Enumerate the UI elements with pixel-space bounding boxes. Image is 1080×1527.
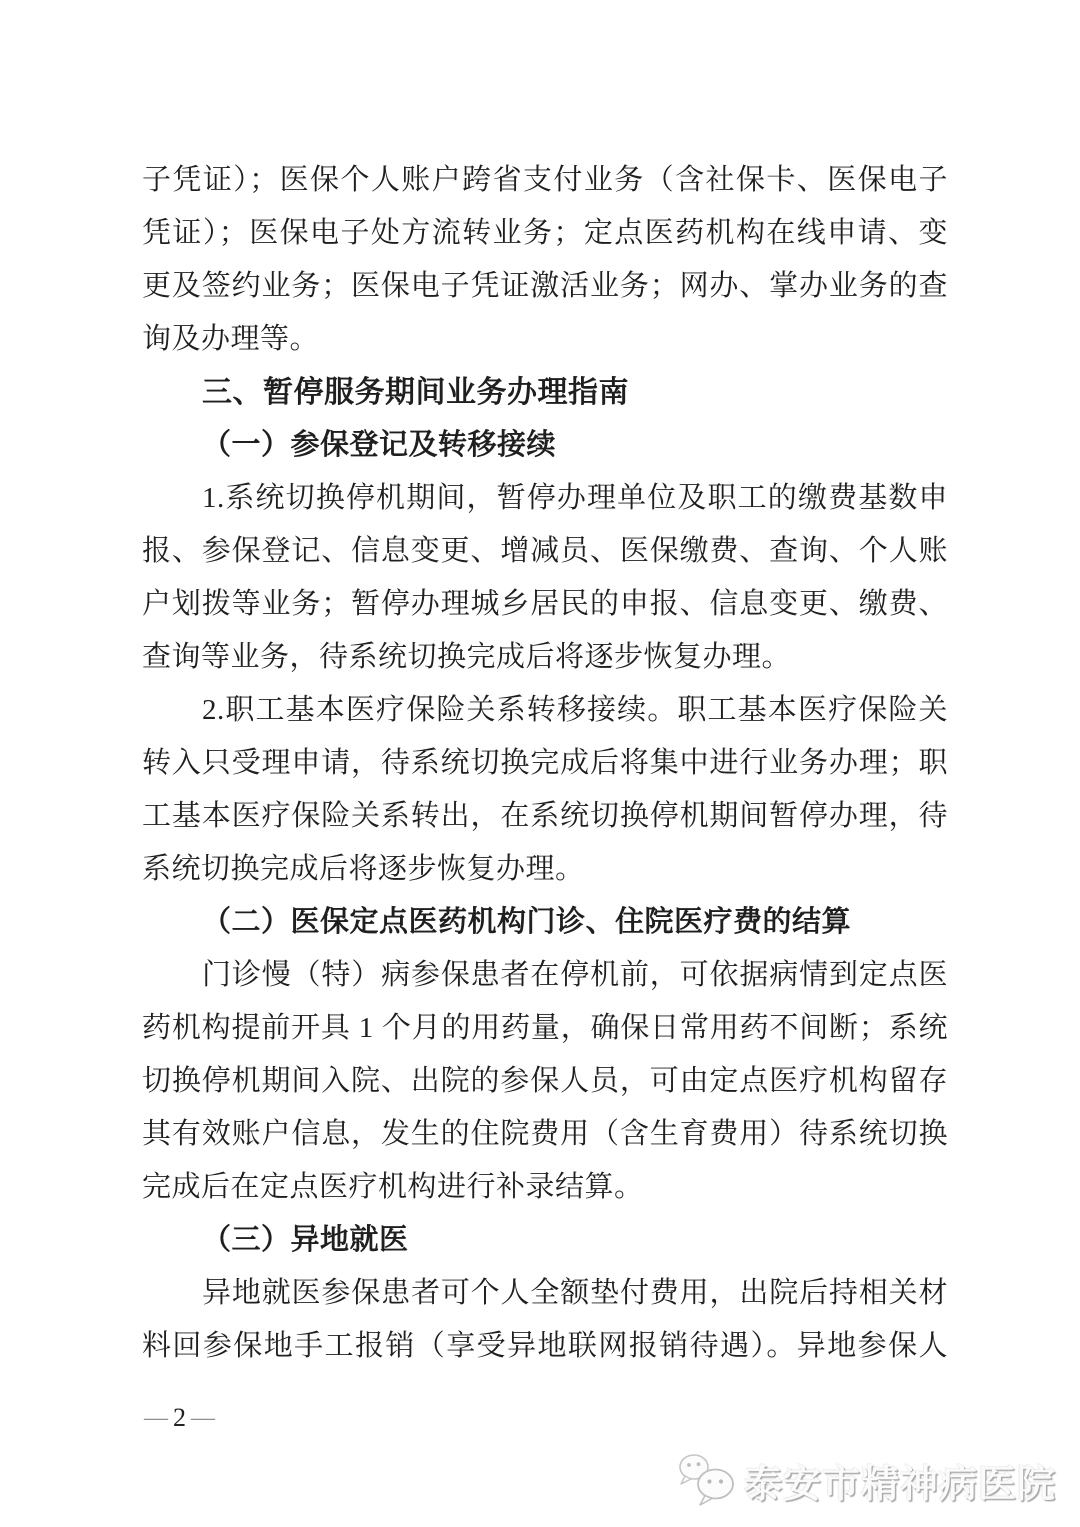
- text-line: 1.系统切换停机期间，暂停办理单位及职工的缴费基数申: [142, 472, 948, 525]
- text-line: 子凭证）；医保个人账户跨省支付业务（含社保卡、医保电子: [142, 154, 948, 207]
- text-line: 更及签约业务；医保电子凭证激活业务；网办、掌办业务的查: [142, 260, 948, 313]
- text-line: 其有效账户信息，发生的住院费用（含生育费用）待系统切换: [142, 1108, 948, 1161]
- text-line: 切换停机期间入院、出院的参保人员，可由定点医疗机构留存: [142, 1055, 948, 1108]
- subsection-heading: （二）医保定点医药机构门诊、住院医疗费的结算: [142, 896, 948, 949]
- text-line: 转入只受理申请，待系统切换完成后将集中进行业务办理；职: [142, 737, 948, 790]
- text-line: 户划拨等业务；暂停办理城乡居民的申报、信息变更、缴费、: [142, 578, 948, 631]
- document-body: 子凭证）；医保个人账户跨省支付业务（含社保卡、医保电子凭证）；医保电子处方流转业…: [142, 154, 948, 1373]
- subsection-heading: （一）参保登记及转移接续: [142, 419, 948, 472]
- text-line: 询及办理等。: [142, 313, 948, 366]
- wechat-icon: [677, 1451, 737, 1509]
- page-number-dash-right: —: [191, 1405, 215, 1432]
- text-line: 料回参保地手工报销（享受异地联网报销待遇）。异地参保人: [142, 1320, 948, 1373]
- text-line: 报、参保登记、信息变更、增减员、医保缴费、查询、个人账: [142, 525, 948, 578]
- text-line: 2.职工基本医疗保险关系转移接续。职工基本医疗保险关系: [142, 684, 948, 737]
- text-line: 查询等业务，待系统切换完成后将逐步恢复办理。: [142, 631, 948, 684]
- section-heading: 三、暂停服务期间业务办理指南: [142, 366, 948, 419]
- text-line: 系统切换完成后将逐步恢复办理。: [142, 843, 948, 896]
- text-line: 门诊慢（特）病参保患者在停机前，可依据病情到定点医: [142, 949, 948, 1002]
- page-number-dash-left: —: [144, 1405, 168, 1432]
- subsection-heading: （三）异地就医: [142, 1214, 948, 1267]
- document-page: 子凭证）；医保个人账户跨省支付业务（含社保卡、医保电子凭证）；医保电子处方流转业…: [0, 0, 1080, 1527]
- page-number: — 2 —: [144, 1400, 215, 1436]
- text-line: 异地就医参保患者可个人全额垫付费用，出院后持相关材: [142, 1267, 948, 1320]
- text-line: 凭证）；医保电子处方流转业务；定点医药机构在线申请、变: [142, 207, 948, 260]
- text-line: 完成后在定点医疗机构进行补录结算。: [142, 1161, 948, 1214]
- text-line: 药机构提前开具 1 个月的用药量，确保日常用药不间断；系统: [142, 1002, 948, 1055]
- page-number-value: 2: [173, 1403, 186, 1433]
- watermark: 泰安市精神病医院: [677, 1449, 1056, 1511]
- text-line: 工基本医疗保险关系转出，在系统切换停机期间暂停办理，待: [142, 790, 948, 843]
- watermark-text: 泰安市精神病医院: [744, 1453, 1056, 1508]
